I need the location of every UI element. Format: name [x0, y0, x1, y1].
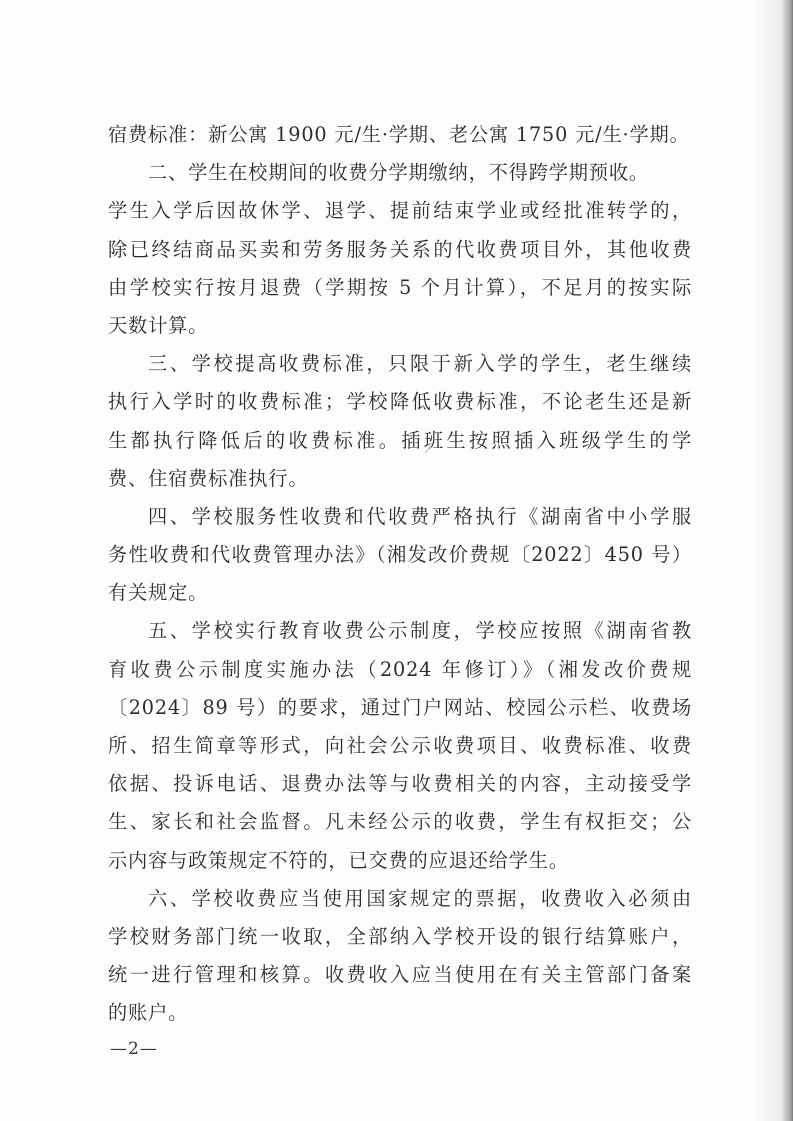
text-line: 示内容与政策规定不符的，已交费的应退还给学生。: [108, 842, 692, 880]
page-number: —2—: [110, 1039, 158, 1059]
text-line: 由学校实行按月退费（学期按 5 个月计算），不足月的按实际: [108, 269, 692, 307]
text-line: 除已终结商品买卖和劳务服务关系的代收费项目外，其他收费: [108, 231, 692, 269]
text-line: 天数计算。: [108, 307, 692, 345]
text-line: 依据、投诉电话、退费办法等与收费相关的内容，主动接受学: [108, 765, 692, 803]
text-line: 二、学生在校期间的收费分学期缴纳，不得跨学期预收。: [108, 154, 692, 192]
text-line: 务性收费和代收费管理办法》（湘发改价费规〔2022〕450 号）: [108, 536, 692, 574]
text-line: 学生入学后因故休学、退学、提前结束学业或经批准转学的，: [108, 192, 692, 230]
text-line: 宿费标准：新公寓 1900 元/生·学期、老公寓 1750 元/生·学期。: [108, 116, 692, 154]
text-line: 生都执行降低后的收费标准。插班生按照插入班级学生的学: [108, 422, 692, 460]
text-line: 所、招生简章等形式，向社会公示收费项目、收费标准、收费: [108, 727, 692, 765]
text-line: 六、学校收费应当使用国家规定的票据，收费收入必须由: [108, 880, 692, 918]
text-line: 三、学校提高收费标准，只限于新入学的学生，老生继续: [108, 345, 692, 383]
text-line: 五、学校实行教育收费公示制度，学校应按照《湖南省教: [108, 612, 692, 650]
text-line: 的账户。: [108, 994, 692, 1032]
text-line: 学校财务部门统一收取，全部纳入学校开设的银行结算账户，: [108, 918, 692, 956]
text-line: 费、住宿费标准执行。: [108, 460, 692, 498]
text-line: 统一进行管理和核算。收费收入应当使用在有关主管部门备案: [108, 956, 692, 994]
document-body: 宿费标准：新公寓 1900 元/生·学期、老公寓 1750 元/生·学期。 二、…: [108, 116, 692, 1033]
text-line: 执行入学时的收费标准；学校降低收费标准，不论老生还是新: [108, 383, 692, 421]
text-line: 〔2024〕89 号）的要求，通过门户网站、校园公示栏、收费场: [108, 689, 692, 727]
document-page: 宿费标准：新公寓 1900 元/生·学期、老公寓 1750 元/生·学期。 二、…: [0, 0, 793, 1121]
scan-shadow-edge: [753, 0, 793, 1121]
text-line: 育收费公示制度实施办法（2024 年修订）》（湘发改价费规: [108, 651, 692, 689]
text-line: 生、家长和社会监督。凡未经公示的收费，学生有权拒交；公: [108, 803, 692, 841]
text-line: 有关规定。: [108, 574, 692, 612]
text-line: 四、学校服务性收费和代收费严格执行《湖南省中小学服: [108, 498, 692, 536]
